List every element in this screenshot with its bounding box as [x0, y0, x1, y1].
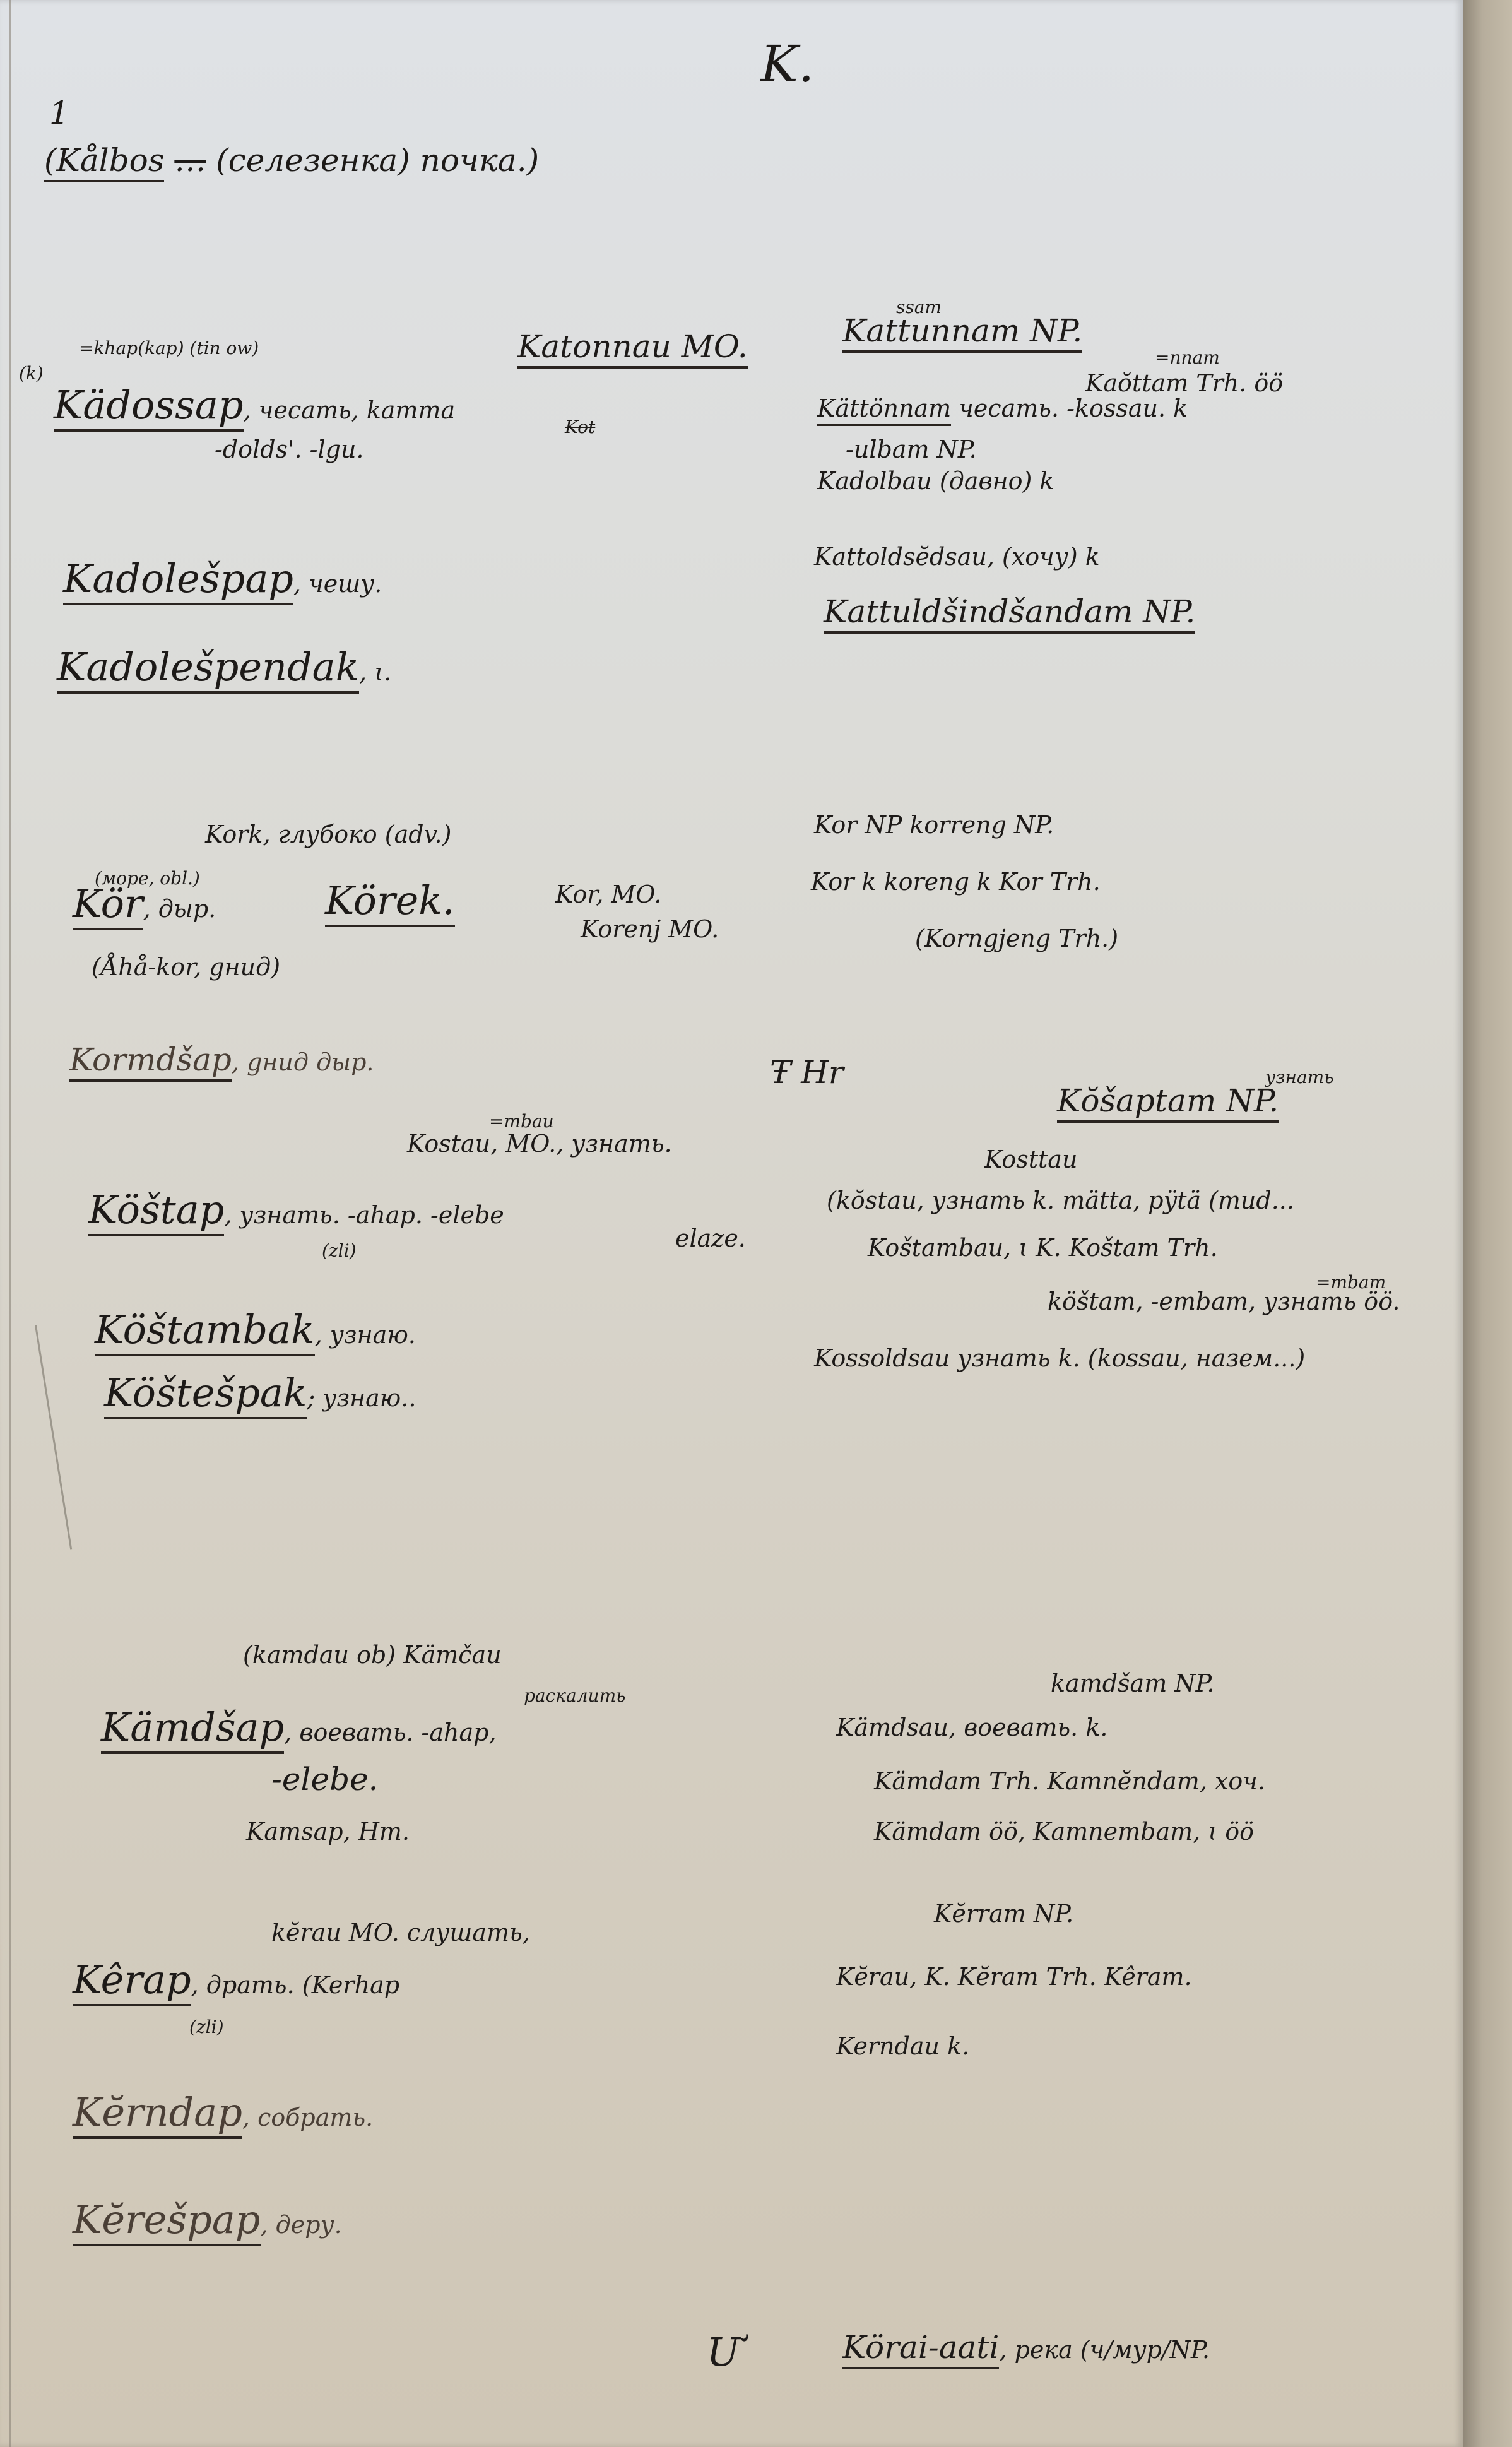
variant: Kaŏttam Trh. öö	[1085, 369, 1283, 397]
line: Kossoldsau узнать k. (kossau, назем...)	[814, 1344, 1305, 1372]
headword: Köštap, узнать. -ahap. -elebe	[88, 1187, 504, 1233]
line: (Korngjeng Trh.)	[915, 925, 1118, 952]
cross-reference: Katonnau MO.	[517, 328, 748, 365]
struck-word: …	[174, 142, 206, 179]
headword: Kadolešpendak, ɩ.	[57, 644, 391, 690]
entry-marker: 1	[49, 95, 69, 131]
headword: Kadolešpap, чешу.	[63, 555, 382, 601]
headword: Körai-aati, река (ч/мур/NP.	[842, 2329, 1210, 2366]
annotation-sup: =nnam	[1155, 347, 1220, 368]
line: Kĕrau, K. Kĕram Trh. Kêram.	[836, 1963, 1192, 1991]
annotation-top: kĕrau MO. слушать,	[271, 1919, 530, 1946]
line: Kattoldsĕdsau, (хочу) k	[814, 543, 1100, 571]
page-edge	[1463, 0, 1512, 2447]
line: Kättönnam чесать. -kossau. k	[817, 394, 1188, 422]
headword: Kör, дыр.	[73, 880, 216, 927]
line: Koštambau, ɩ K. Koštam Trh.	[868, 1234, 1218, 1262]
annotation-top: Kosttau	[984, 1146, 1077, 1173]
annotation-top: Kĕrram NP.	[934, 1900, 1073, 1928]
header-letter: K.	[760, 35, 814, 93]
headword: Kĕrešpap, деру.	[73, 2196, 342, 2243]
gloss: (селезенка) почка.)	[216, 142, 539, 179]
annotation-sup: раскалить	[524, 1685, 625, 1706]
headword: Kattunnam NP.	[842, 312, 1082, 349]
variant: Kamsap, Hm.	[246, 1818, 410, 1846]
line: Kor k koreng k Kor Trh.	[811, 868, 1101, 896]
sub-entry: (Åhå-kor, gнид)	[92, 953, 280, 981]
struck-word: Kot	[565, 417, 595, 437]
annotation-top: =khap(kap) (tin ow)	[79, 338, 259, 358]
cross-reference: Korenj MO.	[581, 915, 719, 943]
prefix-mark: (k)	[19, 363, 44, 384]
headword-text: (Kålbos	[44, 142, 164, 182]
annotation-top: Kostau, MO., узнать.	[407, 1130, 672, 1158]
headword: Kämdšap, воевать. -ahap,	[101, 1704, 497, 1750]
annotation-top: (kamdau ob) Kämčau	[243, 1641, 502, 1669]
headword: Köštešpak; узнаю..	[104, 1370, 416, 1416]
headword: Kattuldšindšandam NP.	[824, 593, 1195, 630]
line: Kor NP korreng NP.	[814, 811, 1054, 839]
marker: Ŧ Hr	[770, 1054, 844, 1091]
line: Kämdsau, воевать. k.	[836, 1714, 1107, 1741]
headword: Köštambak, узнаю.	[95, 1306, 416, 1353]
annotation-top: Kork, глубоко (adv.)	[205, 821, 451, 848]
variant: Körek.	[325, 877, 455, 923]
suffixes: -dolds'. -lgu.	[215, 435, 364, 463]
line: Kämdam öö, Kamnembam, ɩ öö	[874, 1818, 1254, 1846]
marker: Ư	[707, 2329, 740, 2375]
annotation-sup: =mbau	[489, 1111, 554, 1132]
annotation-top: kamdšam NP.	[1051, 1669, 1215, 1697]
line: Kadolbau (давно) k	[817, 467, 1054, 495]
tail: elaze.	[675, 1224, 746, 1252]
line: (kŏstau, узнать k. mätta, pÿtä (mud...	[827, 1187, 1294, 1214]
sub-entry: -elebe.	[271, 1761, 379, 1798]
sub-note: (zli)	[189, 2017, 224, 2037]
line: Kerndau k.	[836, 2032, 969, 2060]
margin-line	[9, 0, 11, 2447]
headword: Kĕrndap, собрать.	[73, 2089, 373, 2135]
cross-reference: Kor, MO.	[555, 880, 661, 908]
headword: Kŏšaptam NP.	[1057, 1082, 1279, 1119]
headword: Kädossap, чесать, kamma	[54, 382, 455, 428]
line: Kämdam Trh. Kamnĕndam, хоч.	[874, 1767, 1265, 1795]
line: -ulbam NP.	[846, 435, 977, 463]
headword: Kêrap, драть. (Kerhap	[73, 1957, 399, 2003]
headword: (Kålbos … (селезенка) почка.)	[44, 142, 539, 179]
line: köštam, -embam, узнать öö.	[1048, 1288, 1400, 1315]
sub-note: (zli)	[322, 1240, 357, 1261]
headword: Kormdšap, gнид дыр.	[69, 1041, 374, 1078]
